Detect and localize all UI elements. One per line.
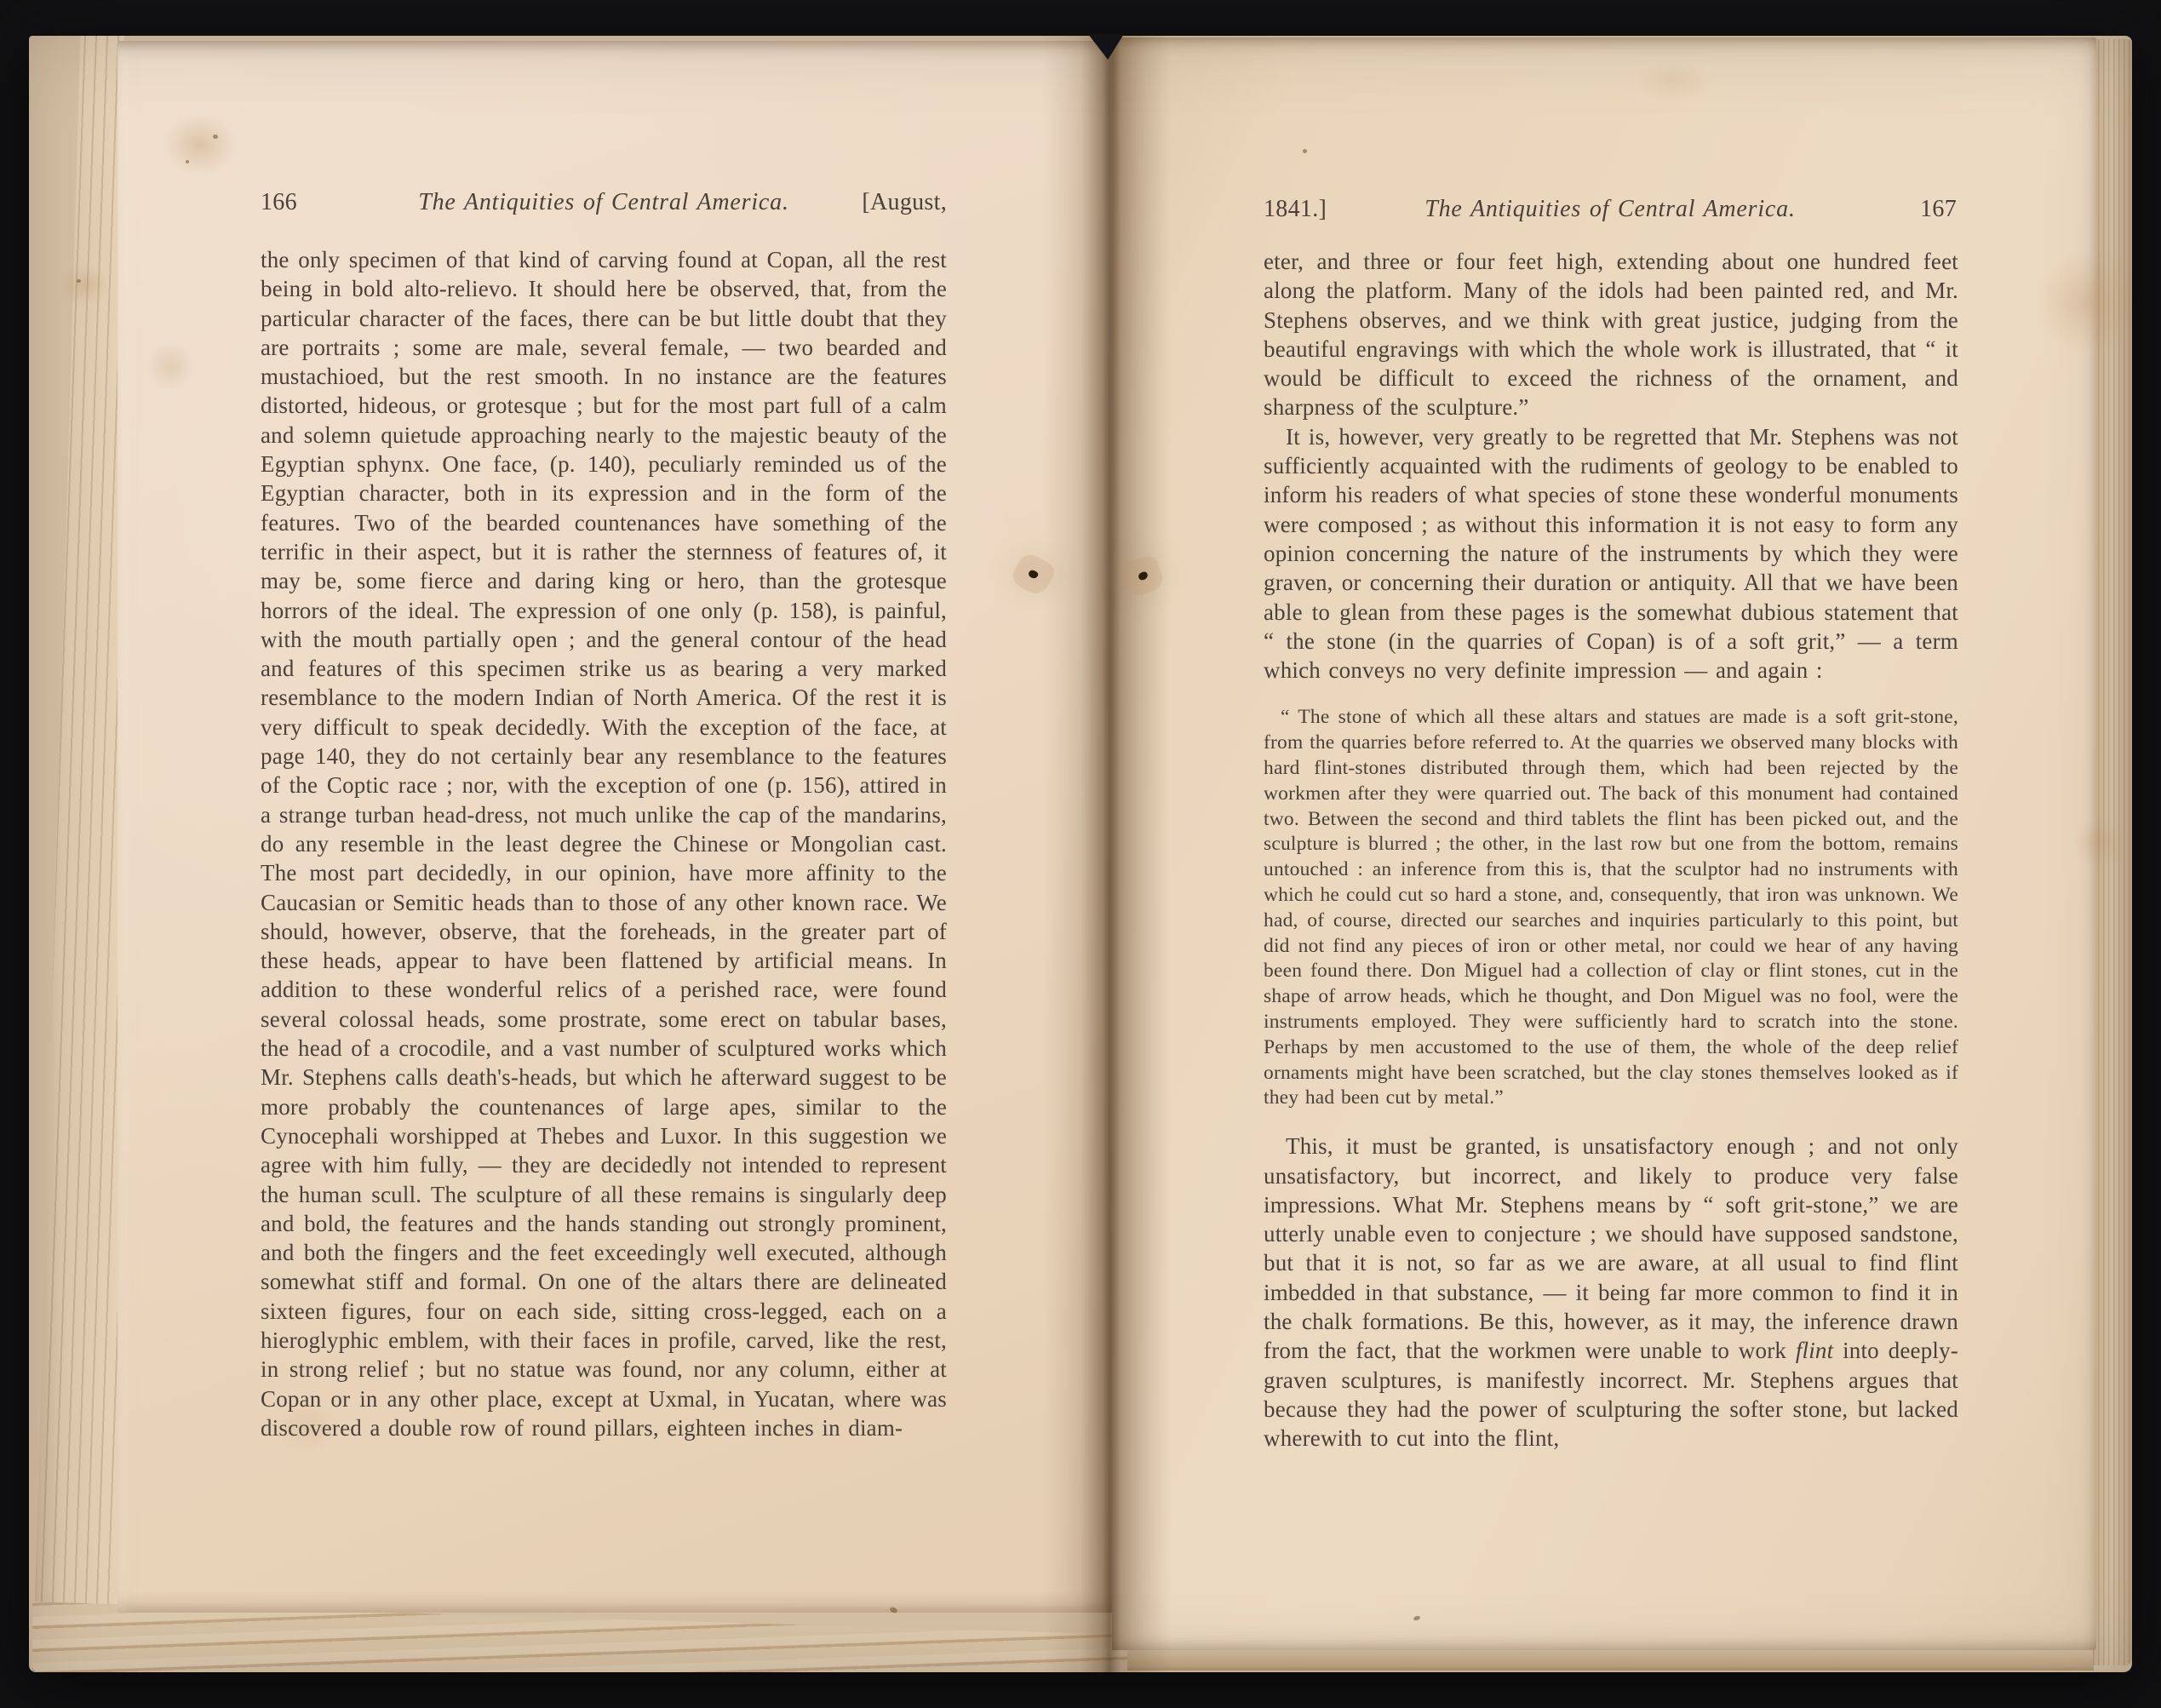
left-page-paragraph: the only specimen of that kind of carvin… xyxy=(261,245,947,1442)
right-running-head: 1841.] The Antiquities of Central Americ… xyxy=(1264,196,1957,223)
right-running-title: The Antiquities of Central America. xyxy=(1413,196,1808,223)
right-page-number: 167 xyxy=(1808,196,1957,223)
left-running-head: 166 The Antiquities of Central America. … xyxy=(261,189,947,216)
right-issue-year: 1841.] xyxy=(1264,196,1413,223)
left-issue-date: [August, xyxy=(801,189,947,216)
right-page-block-quote: “ The stone of which all these altars an… xyxy=(1264,705,1958,1111)
paragraph-3-italic-word: flint xyxy=(1796,1338,1834,1363)
right-page-paragraph-3: This, it must be granted, is unsatisfact… xyxy=(1264,1132,1958,1453)
left-running-title: The Antiquities of Central America. xyxy=(406,189,801,216)
left-page-number: 166 xyxy=(261,189,406,216)
right-page-paragraph-2: It is, however, very greatly to be regre… xyxy=(1264,422,1958,685)
paragraph-3-text: This, it must be granted, is unsatisfact… xyxy=(1264,1133,1958,1363)
left-page-text-column: the only specimen of that kind of carvin… xyxy=(261,245,947,1442)
right-page-text-column: eter, and three or four feet high, exten… xyxy=(1264,247,1958,1453)
right-page-paragraph-1: eter, and three or four feet high, exten… xyxy=(1264,247,1958,422)
printed-content: 166 The Antiquities of Central America. … xyxy=(0,0,2161,1708)
book-scan-photo: 166 The Antiquities of Central America. … xyxy=(0,0,2161,1708)
